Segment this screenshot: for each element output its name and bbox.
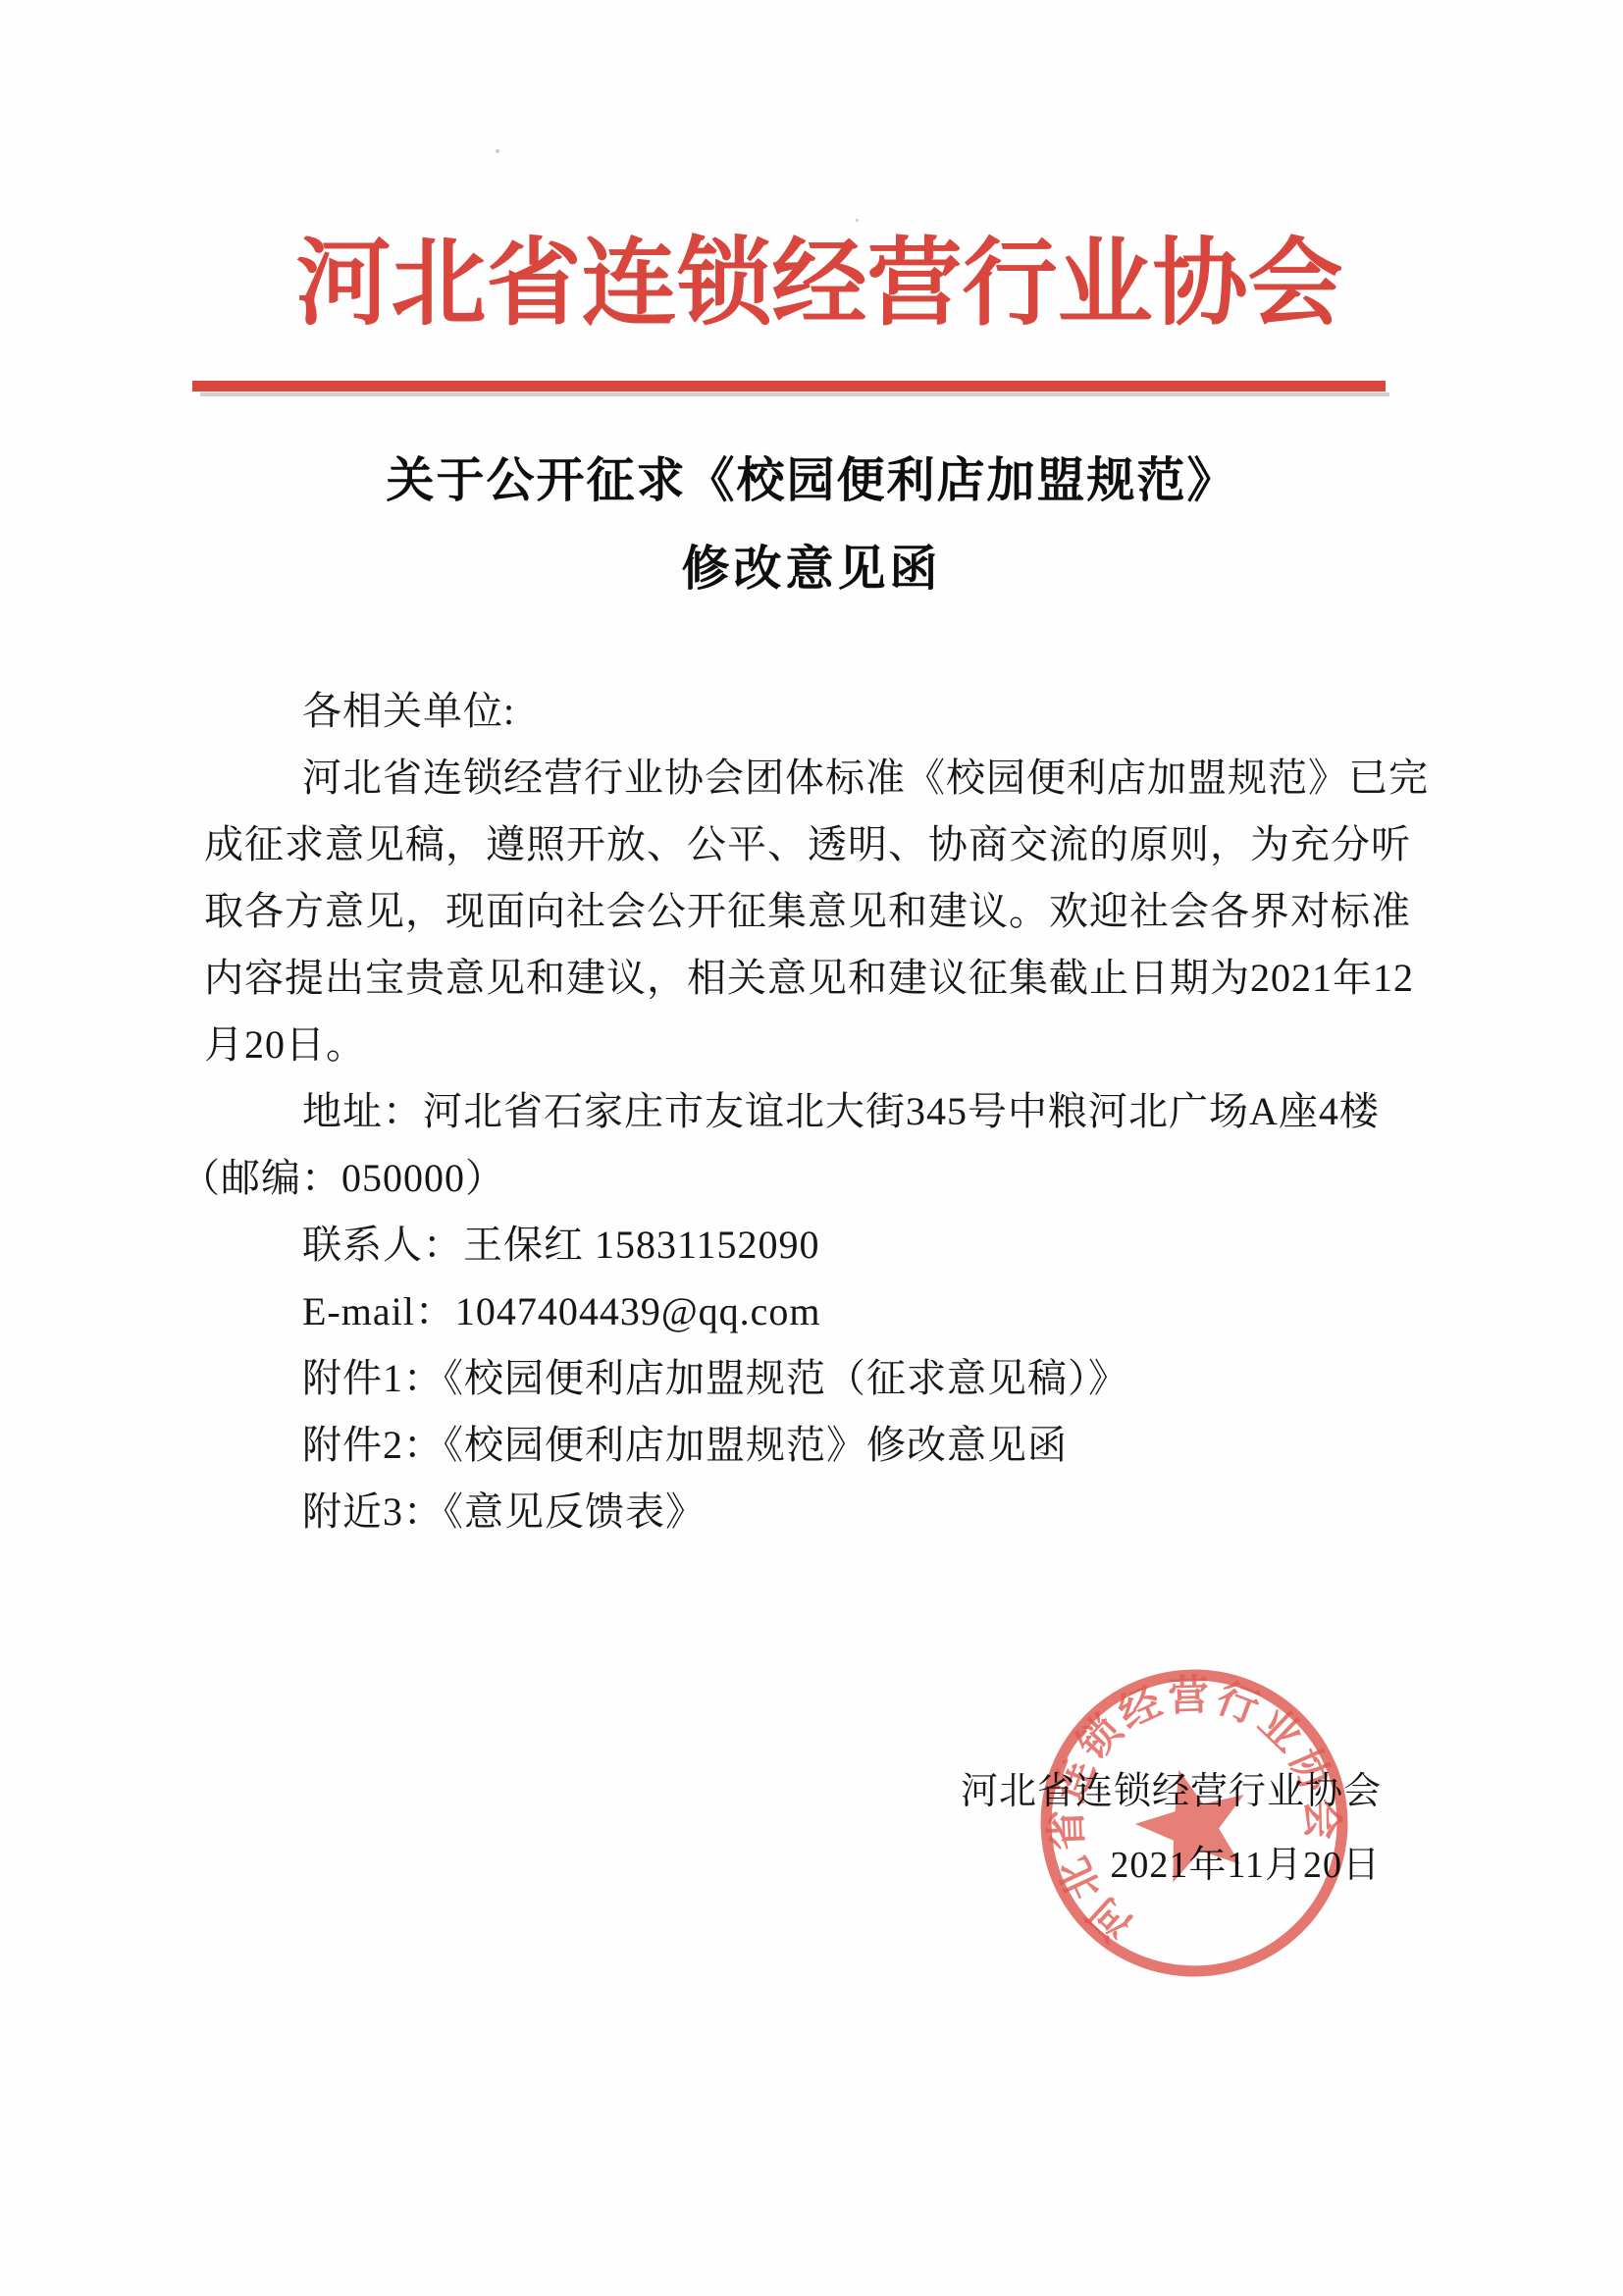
document-title-line1: 关于公开征求《校园便利店加盟规范》 <box>0 453 1623 508</box>
org-header-title: 河北省连锁经营行业协会 <box>0 206 1623 343</box>
header-divider <box>192 381 1386 391</box>
official-seal: 河北省连锁经营行业协会 <box>1034 1663 1354 1983</box>
body-text: 各相关单位:河北省连锁经营行业协会团体标准《校园便利店加盟规范》已完成征求意见稿… <box>0 678 1623 1545</box>
header-divider-shadow <box>200 392 1389 396</box>
body-line: 成征求意见稿，遵照开放、公平、透明、协商交流的原则，为充分听 <box>0 811 1623 878</box>
letter-page: 河北省连锁经营行业协会 关于公开征求《校园便利店加盟规范》 修改意见函 各相关单… <box>0 0 1623 2296</box>
body-line: 各相关单位: <box>0 678 1623 745</box>
body-line: 附近3：《意见反馈表》 <box>0 1479 1623 1545</box>
body-line: 附件2：《校园便利店加盟规范》修改意见函 <box>0 1412 1623 1479</box>
body-line: 地址：河北省石家庄市友谊北大街345号中粮河北广场A座4楼 <box>0 1078 1623 1145</box>
star-icon <box>1135 1770 1244 1883</box>
document-title-line2: 修改意见函 <box>0 542 1623 597</box>
scan-speck <box>496 149 499 153</box>
body-line: 联系人：王保红 15831152090 <box>0 1212 1623 1278</box>
scan-speck <box>856 219 859 222</box>
body-line: 月20日。 <box>0 1012 1623 1078</box>
body-line: 河北省连锁经营行业协会团体标准《校园便利店加盟规范》已完 <box>0 745 1623 811</box>
body-line: 附件1：《校园便利店加盟规范（征求意见稿）》 <box>0 1345 1623 1412</box>
body-line: （邮编：050000） <box>0 1145 1623 1212</box>
body-line: E-mail：1047404439@qq.com <box>0 1278 1623 1345</box>
body-line: 取各方意见，现面向社会公开征集意见和建议。欢迎社会各界对标准 <box>0 878 1623 945</box>
body-line: 内容提出宝贵意见和建议，相关意见和建议征集截止日期为2021年12 <box>0 945 1623 1012</box>
